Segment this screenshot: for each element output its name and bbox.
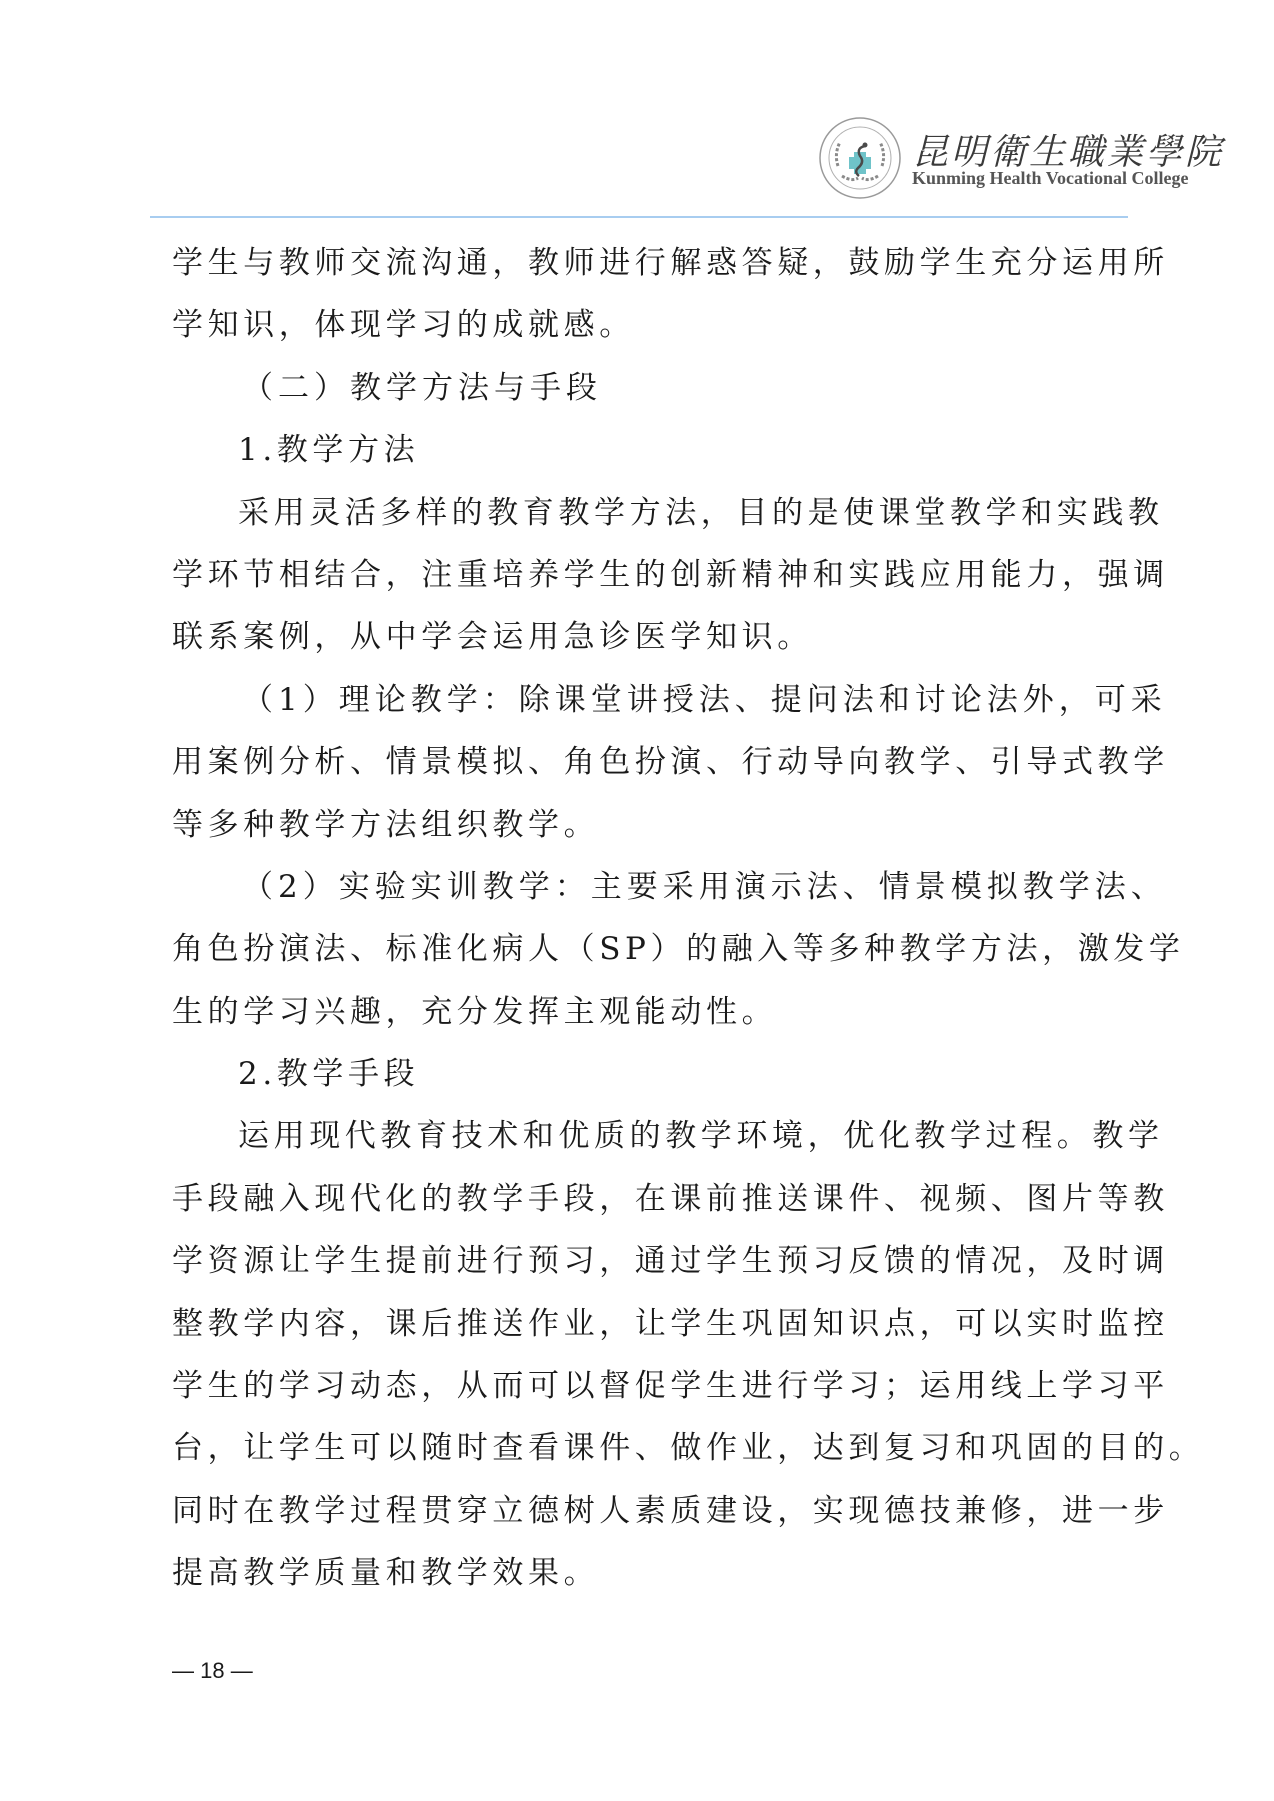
text-line: 采用灵活多样的教育教学方法，目的是使课堂教学和实践教	[172, 482, 1122, 544]
text-line: 手段融入现代化的教学手段，在课前推送课件、视频、图片等教	[172, 1168, 1122, 1230]
text-line: 台，让学生可以随时查看课件、做作业，达到复习和巩固的目的。	[172, 1417, 1122, 1479]
text-line: 生的学习兴趣，充分发挥主观能动性。	[172, 981, 1122, 1043]
college-name-english: Kunming Health Vocational College	[912, 168, 1189, 189]
header-divider	[150, 216, 1128, 218]
text-line: 用案例分析、情景模拟、角色扮演、行动导向教学、引导式教学	[172, 731, 1122, 793]
text-line: 学环节相结合，注重培养学生的创新精神和实践应用能力，强调	[172, 544, 1122, 606]
text-line: 角色扮演法、标准化病人（SP）的融入等多种教学方法，激发学	[172, 918, 1122, 980]
text-line: 等多种教学方法组织教学。	[172, 794, 1122, 856]
text-line: 提高教学质量和教学效果。	[172, 1542, 1122, 1604]
text-line: 整教学内容，课后推送作业，让学生巩固知识点，可以实时监控	[172, 1293, 1122, 1355]
text-line: 运用现代教育技术和优质的教学环境，优化教学过程。教学	[172, 1105, 1122, 1167]
text-line: 学生的学习动态，从而可以督促学生进行学习；运用线上学习平	[172, 1355, 1122, 1417]
text-line: 同时在教学过程贯穿立德树人素质建设，实现德技兼修，进一步	[172, 1480, 1122, 1542]
text-line: 学知识，体现学习的成就感。	[172, 294, 1122, 356]
text-line: 学资源让学生提前进行预习，通过学生预习反馈的情况，及时调	[172, 1230, 1122, 1292]
text-line: 学生与教师交流沟通，教师进行解惑答疑，鼓励学生充分运用所	[172, 232, 1122, 294]
text-line: 联系案例，从中学会运用急诊医学知识。	[172, 606, 1122, 668]
page-header: 昆明衛生職業學院 Kunming Health Vocational Colle…	[0, 0, 1274, 230]
text-line: （2）实验实训教学：主要采用演示法、情景模拟教学法、	[172, 856, 1122, 918]
page-number: — 18 —	[172, 1658, 253, 1684]
text-line: （1）理论教学：除课堂讲授法、提问法和讨论法外，可采	[172, 669, 1122, 731]
college-emblem-icon	[818, 116, 902, 200]
document-body: 学生与教师交流沟通，教师进行解惑答疑，鼓励学生充分运用所 学知识，体现学习的成就…	[172, 232, 1122, 1605]
section-heading: （二）教学方法与手段	[172, 357, 1122, 419]
subsection-heading: 1.教学方法	[172, 419, 1122, 481]
subsection-heading: 2.教学手段	[172, 1043, 1122, 1105]
